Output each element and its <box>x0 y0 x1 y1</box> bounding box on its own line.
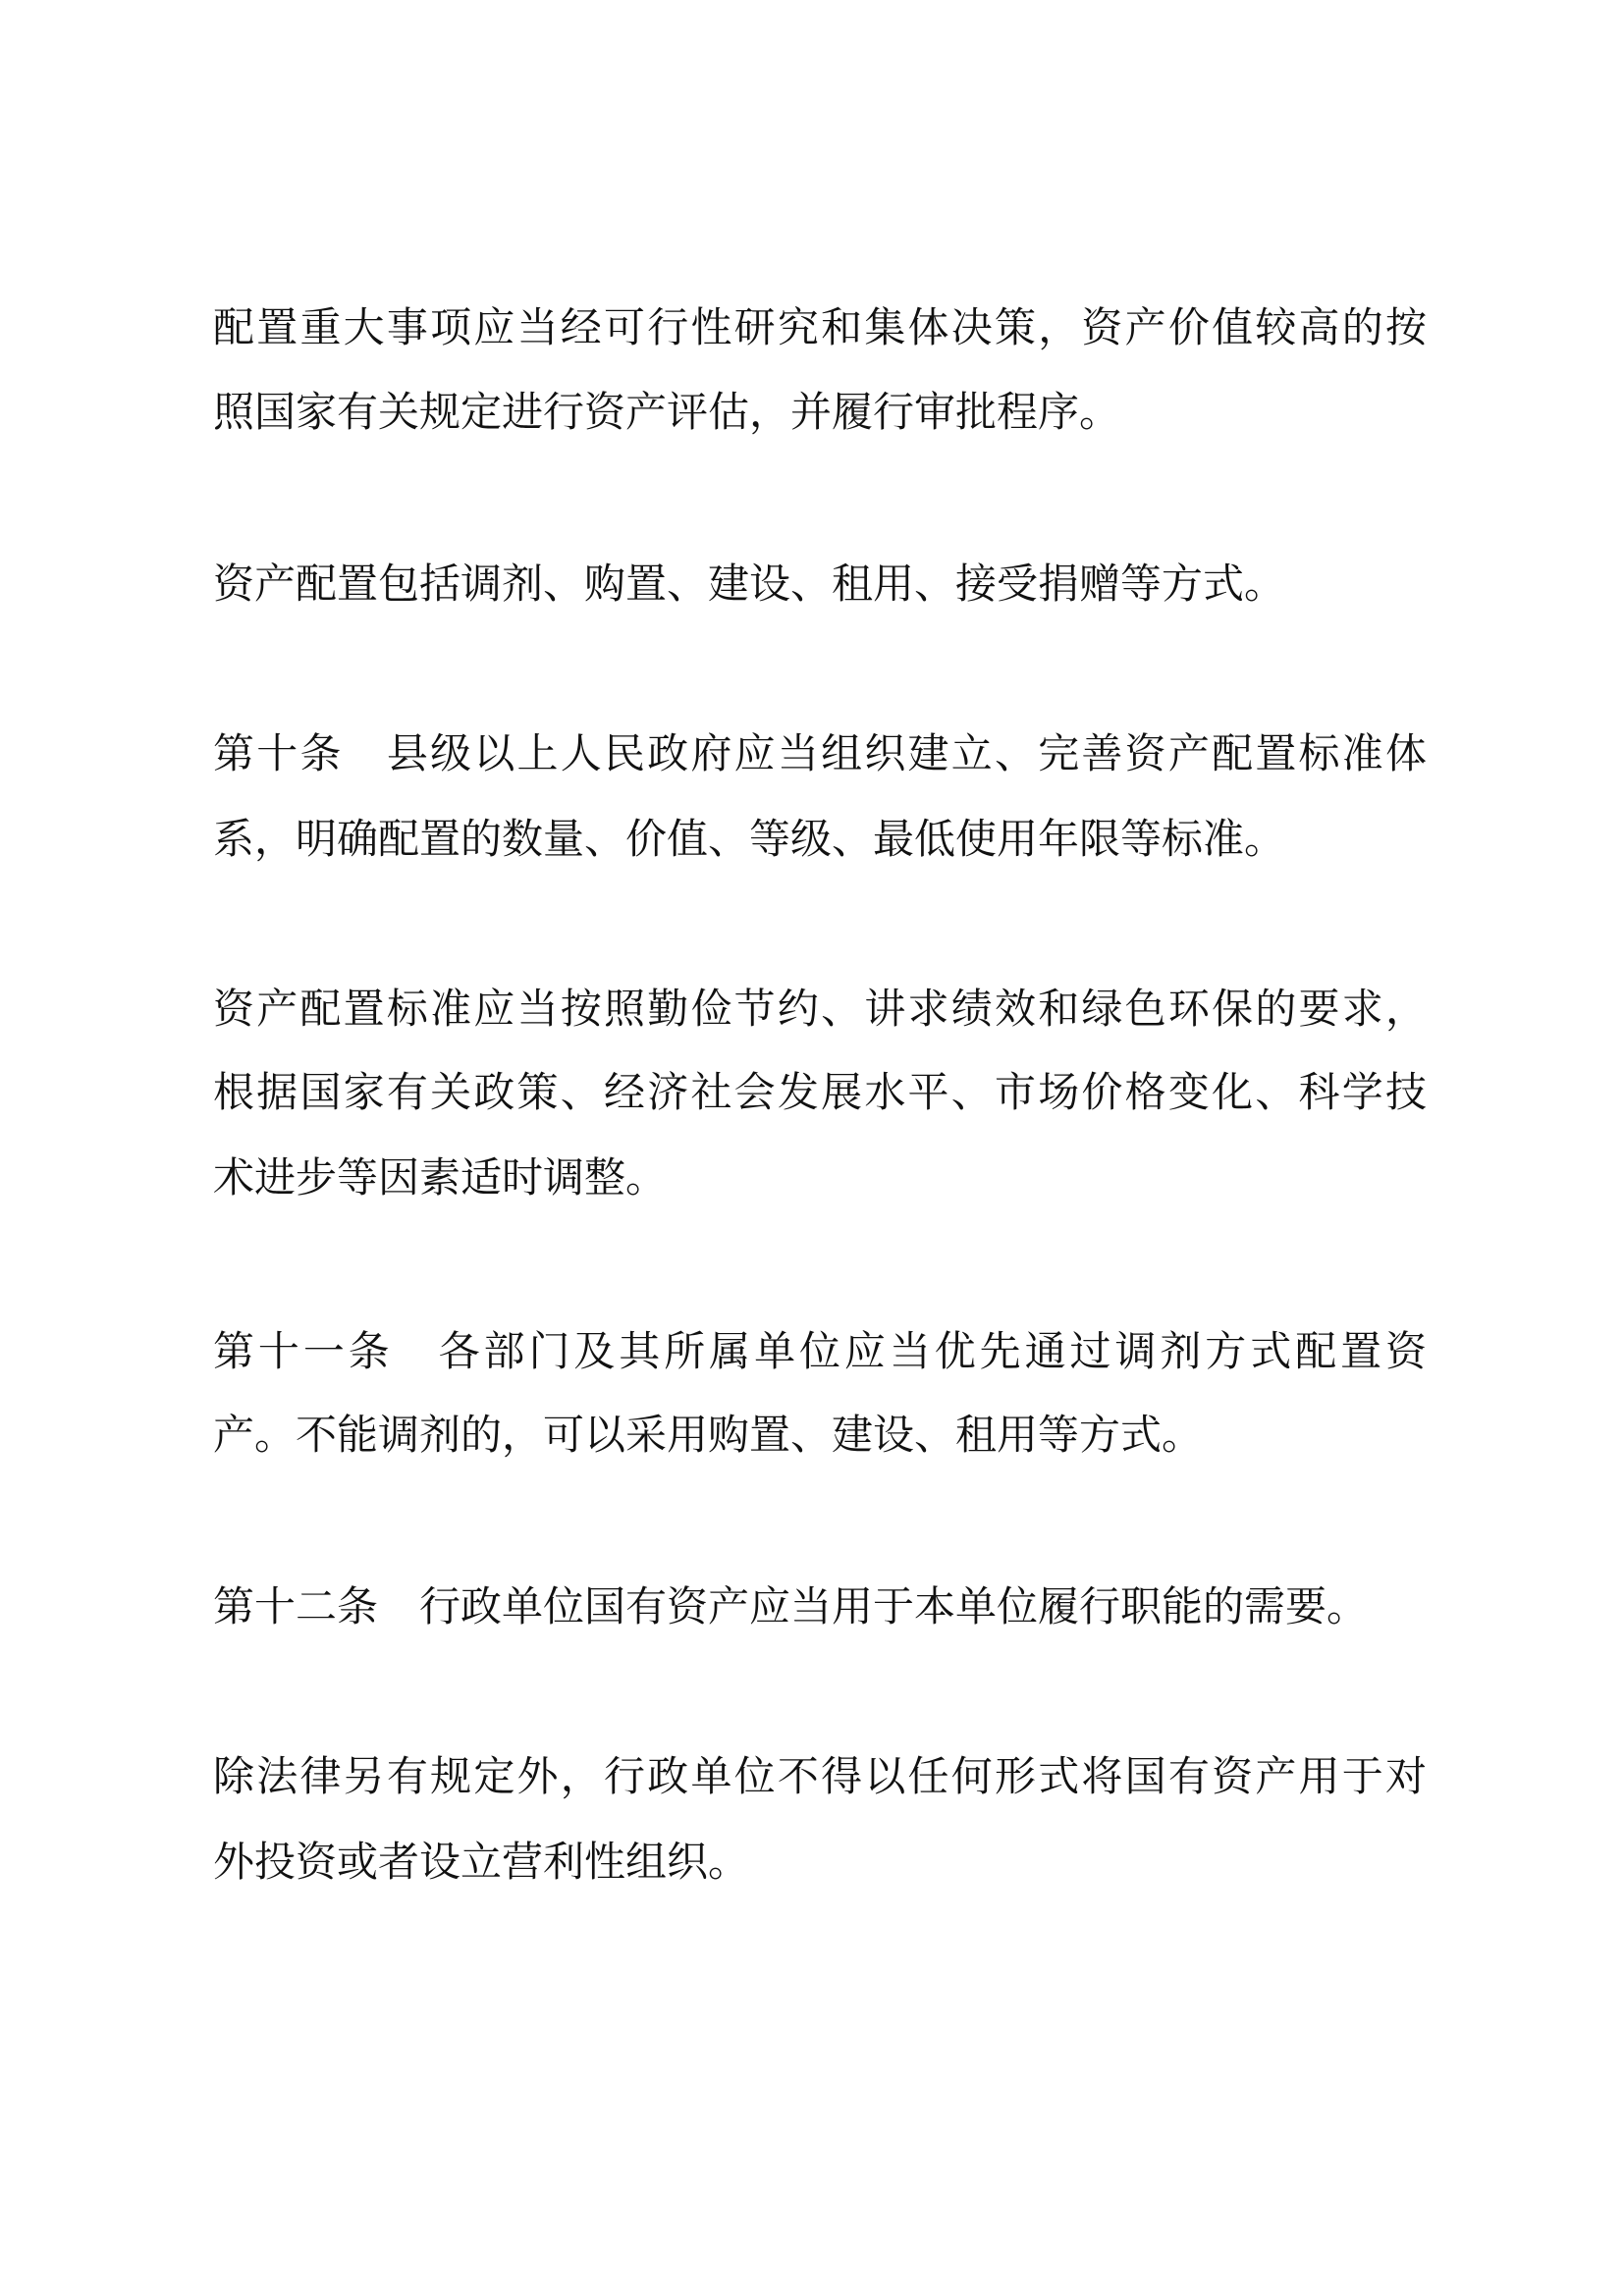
paragraph-2-line-1: 资产配置包括调剂、购置、建设、租用、接受捐赠等方式。 <box>213 560 1427 609</box>
paragraph-1-line-1: 配置重大事项应当经可行性研究和集体决策，资产价值较高的按 <box>213 303 1427 352</box>
document-page: 配置重大事项应当经可行性研究和集体决策，资产价值较高的按 照国家有关规定进行资产… <box>0 0 1624 2296</box>
article-11-line-1: 第十一条 各部门及其所属单位应当优先通过调剂方式配置资 <box>213 1327 1427 1376</box>
paragraph-4-line-3: 术进步等因素适时调整。 <box>213 1153 1427 1202</box>
paragraph-1-line-2: 照国家有关规定进行资产评估，并履行审批程序。 <box>213 388 1427 437</box>
paragraph-4-line-1: 资产配置标准应当按照勤俭节约、讲求绩效和绿色环保的要求， <box>213 985 1427 1034</box>
article-12-line-1: 第十二条 行政单位国有资产应当用于本单位履行职能的需要。 <box>213 1582 1427 1631</box>
article-10-line-1: 第十条 县级以上人民政府应当组织建立、完善资产配置标准体 <box>213 729 1427 778</box>
article-11-line-2: 产。不能调剂的，可以采用购置、建设、租用等方式。 <box>213 1411 1427 1460</box>
paragraph-7-line-1: 除法律另有规定外，行政单位不得以任何形式将国有资产用于对 <box>213 1752 1427 1801</box>
paragraph-4-line-2: 根据国家有关政策、经济社会发展水平、市场价格变化、科学技 <box>213 1068 1427 1117</box>
paragraph-7-line-2: 外投资或者设立营利性组织。 <box>213 1838 1427 1887</box>
article-10-line-2: 系，明确配置的数量、价值、等级、最低使用年限等标准。 <box>213 815 1427 864</box>
